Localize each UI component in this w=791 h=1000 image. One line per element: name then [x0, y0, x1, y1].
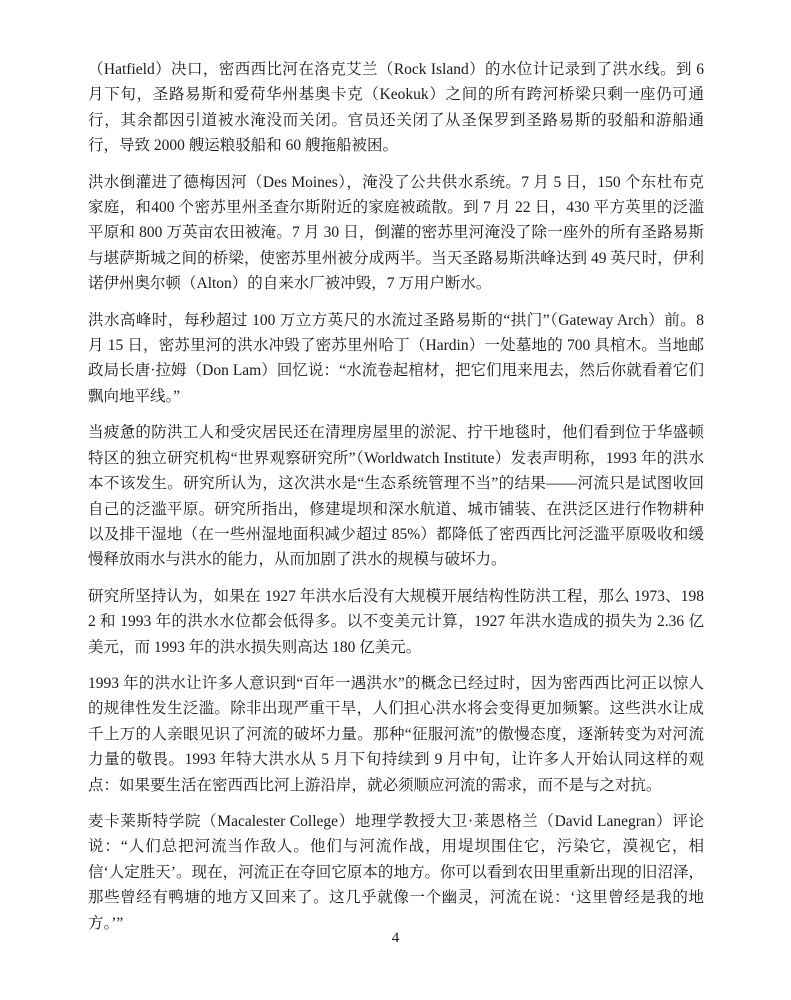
paragraph: 研究所坚持认为，如果在 1927 年洪水后没有大规模开展结构性防洪工程，那么 1…: [88, 584, 704, 660]
paragraph: （Hatfield）决口，密西西比河在洛克艾兰（Rock Island）的水位计…: [88, 57, 704, 159]
document-body: （Hatfield）决口，密西西比河在洛克艾兰（Rock Island）的水位计…: [88, 57, 704, 947]
document-page: （Hatfield）决口，密西西比河在洛克艾兰（Rock Island）的水位计…: [0, 0, 791, 1000]
paragraph: 洪水倒灌进了德梅因河（Des Moines），淹没了公共供水系统。7 月 5 日…: [88, 170, 704, 297]
page-number: 4: [0, 928, 791, 948]
paragraph: 洪水高峰时，每秒超过 100 万立方英尺的水流过圣路易斯的“拱门”（Gatewa…: [88, 308, 704, 410]
paragraph: 当疲惫的防洪工人和受灾居民还在清理房屋里的淤泥、拧干地毯时，他们看到位于华盛顿特…: [88, 420, 704, 572]
paragraph: 麦卡莱斯特学院（Macalester College）地理学教授大卫·莱恩格兰（…: [88, 809, 704, 936]
paragraph: 1993 年的洪水让许多人意识到“百年一遇洪水”的概念已经过时，因为密西西比河正…: [88, 671, 704, 798]
